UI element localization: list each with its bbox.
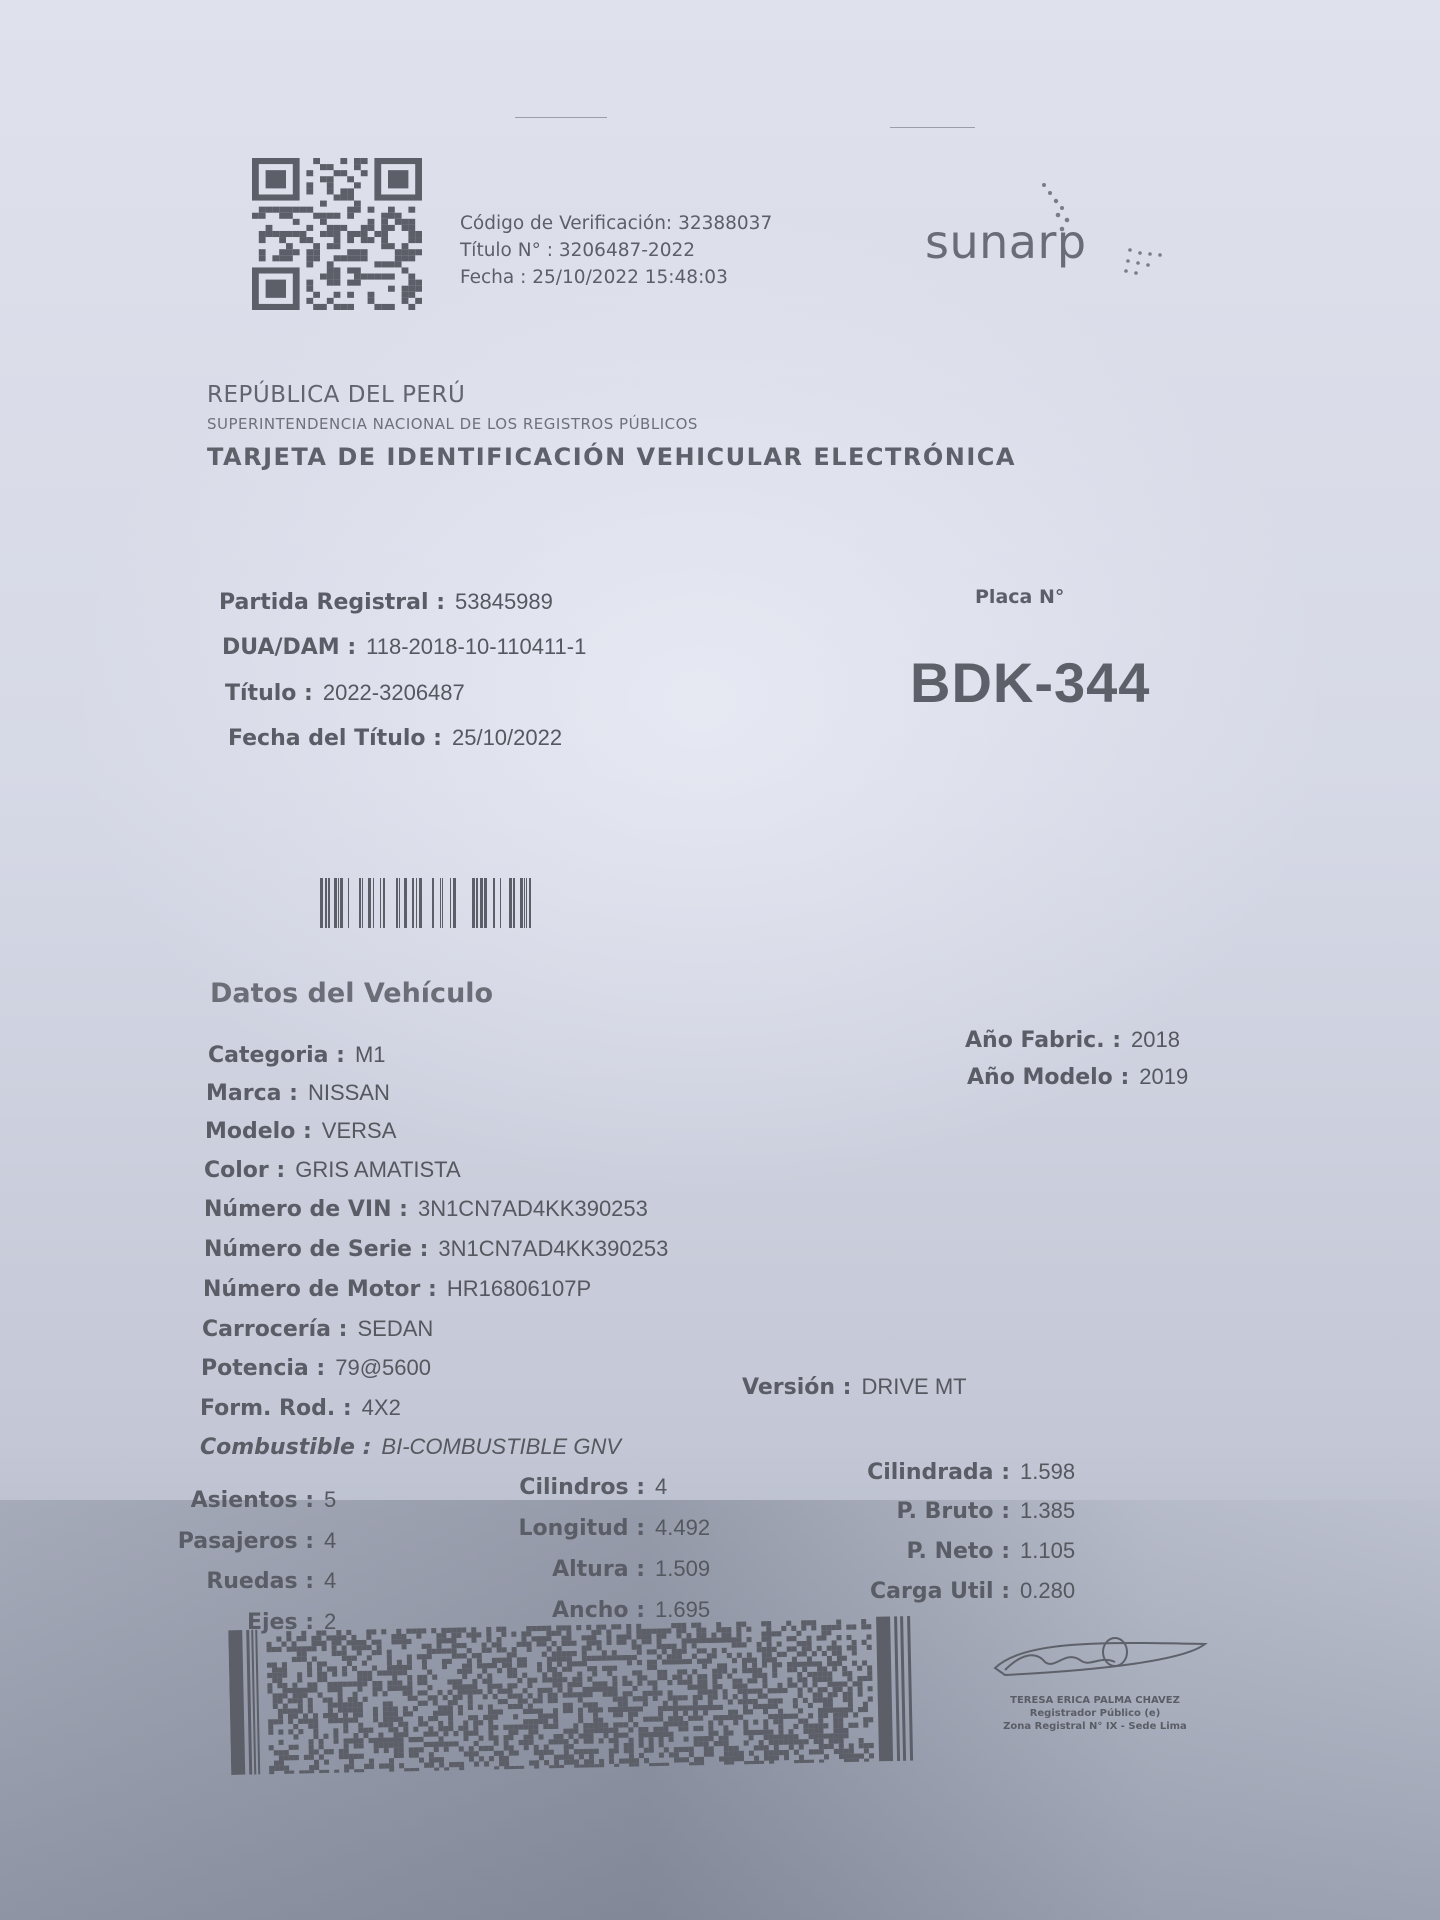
section-title: Datos del Vehículo: [210, 978, 493, 1009]
spec-label: Cilindrada :: [867, 1460, 1010, 1485]
spec-label: Pasajeros :: [178, 1529, 314, 1554]
vehicle-field-row: Categoria :M1: [208, 1042, 386, 1068]
spec-label: Longitud :: [519, 1516, 645, 1541]
spec-row: Asientos :5: [191, 1487, 382, 1513]
spec-value: 5: [324, 1487, 382, 1513]
field-label: Categoria :: [208, 1043, 345, 1068]
field-value: 3N1CN7AD4KK390253: [418, 1196, 648, 1221]
spec-value: 4: [655, 1474, 713, 1500]
field-value: SEDAN: [357, 1316, 433, 1341]
spec-row: P. Bruto :1.385: [897, 1498, 1078, 1524]
field-label: Marca :: [206, 1081, 298, 1106]
spec-value: 0.280: [1020, 1578, 1078, 1604]
spec-row: Altura :1.509: [552, 1556, 713, 1582]
year-fabric-row: Año Fabric. :2018: [965, 1027, 1180, 1053]
signer-office: Zona Registral N° IX - Sede Lima: [985, 1720, 1205, 1733]
field-label: Número de VIN :: [204, 1197, 408, 1222]
verification-block: Código de Verificación: 32388037 Título …: [460, 210, 772, 291]
vehicle-field-row: Form. Rod. :4X2: [200, 1395, 401, 1421]
dua-value: 118-2018-10-110411-1: [366, 634, 586, 659]
field-label: Modelo :: [205, 1119, 312, 1144]
document-title: TARJETA DE IDENTIFICACIÓN VEHICULAR ELEC…: [207, 443, 1016, 471]
signature-icon: [985, 1630, 1215, 1690]
field-value: GRIS AMATISTA: [295, 1157, 460, 1182]
year-fabric-value: 2018: [1131, 1027, 1180, 1052]
partida-label: Partida Registral :: [219, 590, 445, 615]
country-heading: REPÚBLICA DEL PERÚ: [207, 382, 465, 408]
qr-code-icon: [252, 158, 422, 310]
vehicle-field-row: Carrocería :SEDAN: [202, 1316, 433, 1342]
vehicle-field-row: Potencia :79@5600: [201, 1355, 431, 1381]
spec-row: Cilindros :4: [519, 1474, 713, 1500]
vehicle-field-row: Color :GRIS AMATISTA: [204, 1157, 461, 1183]
field-value: 79@5600: [335, 1355, 431, 1380]
fecha-titulo-label: Fecha del Título :: [228, 726, 442, 751]
spec-value: 1.598: [1020, 1459, 1078, 1485]
vehicle-field-row: Modelo :VERSA: [205, 1118, 396, 1144]
fecha-titulo-value: 25/10/2022: [452, 725, 562, 750]
spec-row: Ruedas :4: [206, 1568, 382, 1594]
logo-dots-icon: [1040, 175, 1170, 285]
spec-row: P. Neto :1.105: [906, 1538, 1078, 1564]
signer-name: TERESA ERICA PALMA CHAVEZ: [985, 1694, 1205, 1707]
partida-value: 53845989: [455, 589, 553, 614]
vehicle-field-row: Combustible :BI-COMBUSTIBLE GNV: [200, 1434, 621, 1460]
year-fabric-label: Año Fabric. :: [965, 1028, 1121, 1053]
field-label: Form. Rod. :: [200, 1396, 352, 1421]
verification-code: 32388037: [678, 213, 772, 234]
field-value: VERSA: [322, 1118, 397, 1143]
vehicle-field-row: Número de Motor :HR16806107P: [203, 1276, 591, 1302]
spec-label: Carga Util :: [870, 1579, 1010, 1604]
pdf417-barcode-icon: [228, 1606, 916, 1775]
field-label: Número de Motor :: [203, 1277, 437, 1302]
field-value: M1: [355, 1042, 386, 1067]
plate-number: BDK-344: [910, 650, 1150, 715]
titulo-label: Título :: [225, 681, 313, 706]
spec-value: 4.492: [655, 1515, 713, 1541]
field-value: BI-COMBUSTIBLE GNV: [381, 1434, 621, 1459]
spec-value: 4: [324, 1568, 382, 1594]
vehicle-field-row: Número de VIN :3N1CN7AD4KK390253: [204, 1196, 648, 1222]
spec-row: Pasajeros :4: [178, 1528, 382, 1554]
issue-datetime: 25/10/2022 15:48:03: [532, 267, 728, 288]
title-number: 3206487-2022: [559, 240, 695, 261]
field-value: 3N1CN7AD4KK390253: [438, 1236, 668, 1261]
spec-value: 1.509: [655, 1556, 713, 1582]
barcode-icon: [320, 878, 536, 928]
plate-label: Placa N°: [975, 586, 1064, 608]
signer-role: Registrador Público (e): [985, 1707, 1205, 1720]
field-label: Número de Serie :: [204, 1237, 428, 1262]
year-model-label: Año Modelo :: [967, 1065, 1129, 1090]
verification-code-label: Código de Verificación:: [460, 213, 672, 234]
field-label: Combustible :: [200, 1435, 371, 1460]
spec-value: 1.105: [1020, 1538, 1078, 1564]
version-value: DRIVE MT: [861, 1374, 966, 1399]
field-value: 4X2: [362, 1395, 401, 1420]
titulo-row: Título :2022-3206487: [225, 680, 465, 706]
print-mark: [890, 127, 975, 128]
spec-value: 4: [324, 1528, 382, 1554]
titulo-value: 2022-3206487: [323, 680, 465, 705]
version-label: Versión :: [742, 1375, 851, 1400]
field-label: Carrocería :: [202, 1317, 347, 1342]
year-model-value: 2019: [1139, 1064, 1188, 1089]
spec-label: Ruedas :: [206, 1569, 314, 1594]
field-value: HR16806107P: [447, 1276, 591, 1301]
spec-row: Cilindrada :1.598: [867, 1459, 1078, 1485]
field-value: NISSAN: [308, 1080, 390, 1105]
fecha-titulo-row: Fecha del Título :25/10/2022: [228, 725, 562, 751]
field-label: Potencia :: [201, 1356, 325, 1381]
spec-row: Longitud :4.492: [519, 1515, 713, 1541]
spec-label: P. Bruto :: [897, 1499, 1010, 1524]
date-label: Fecha :: [460, 267, 526, 288]
partida-row: Partida Registral :53845989: [219, 589, 553, 615]
field-label: Color :: [204, 1158, 285, 1183]
vehicle-field-row: Número de Serie :3N1CN7AD4KK390253: [204, 1236, 668, 1262]
spec-row: Carga Util :0.280: [870, 1578, 1078, 1604]
title-number-label: Título N° :: [460, 240, 553, 261]
dua-row: DUA/DAM :118-2018-10-110411-1: [222, 634, 586, 660]
spec-label: Cilindros :: [519, 1475, 645, 1500]
version-row: Versión :DRIVE MT: [742, 1374, 967, 1400]
dua-label: DUA/DAM :: [222, 635, 356, 660]
signature-block: TERESA ERICA PALMA CHAVEZ Registrador Pú…: [985, 1630, 1215, 1740]
spec-label: Altura :: [552, 1557, 645, 1582]
spec-label: Asientos :: [191, 1488, 314, 1513]
spec-value: 1.385: [1020, 1498, 1078, 1524]
print-mark: [515, 117, 607, 118]
spec-label: P. Neto :: [906, 1539, 1010, 1564]
agency-heading: SUPERINTENDENCIA NACIONAL DE LOS REGISTR…: [207, 415, 698, 433]
vehicle-field-row: Marca :NISSAN: [206, 1080, 390, 1106]
year-model-row: Año Modelo :2019: [967, 1064, 1188, 1090]
